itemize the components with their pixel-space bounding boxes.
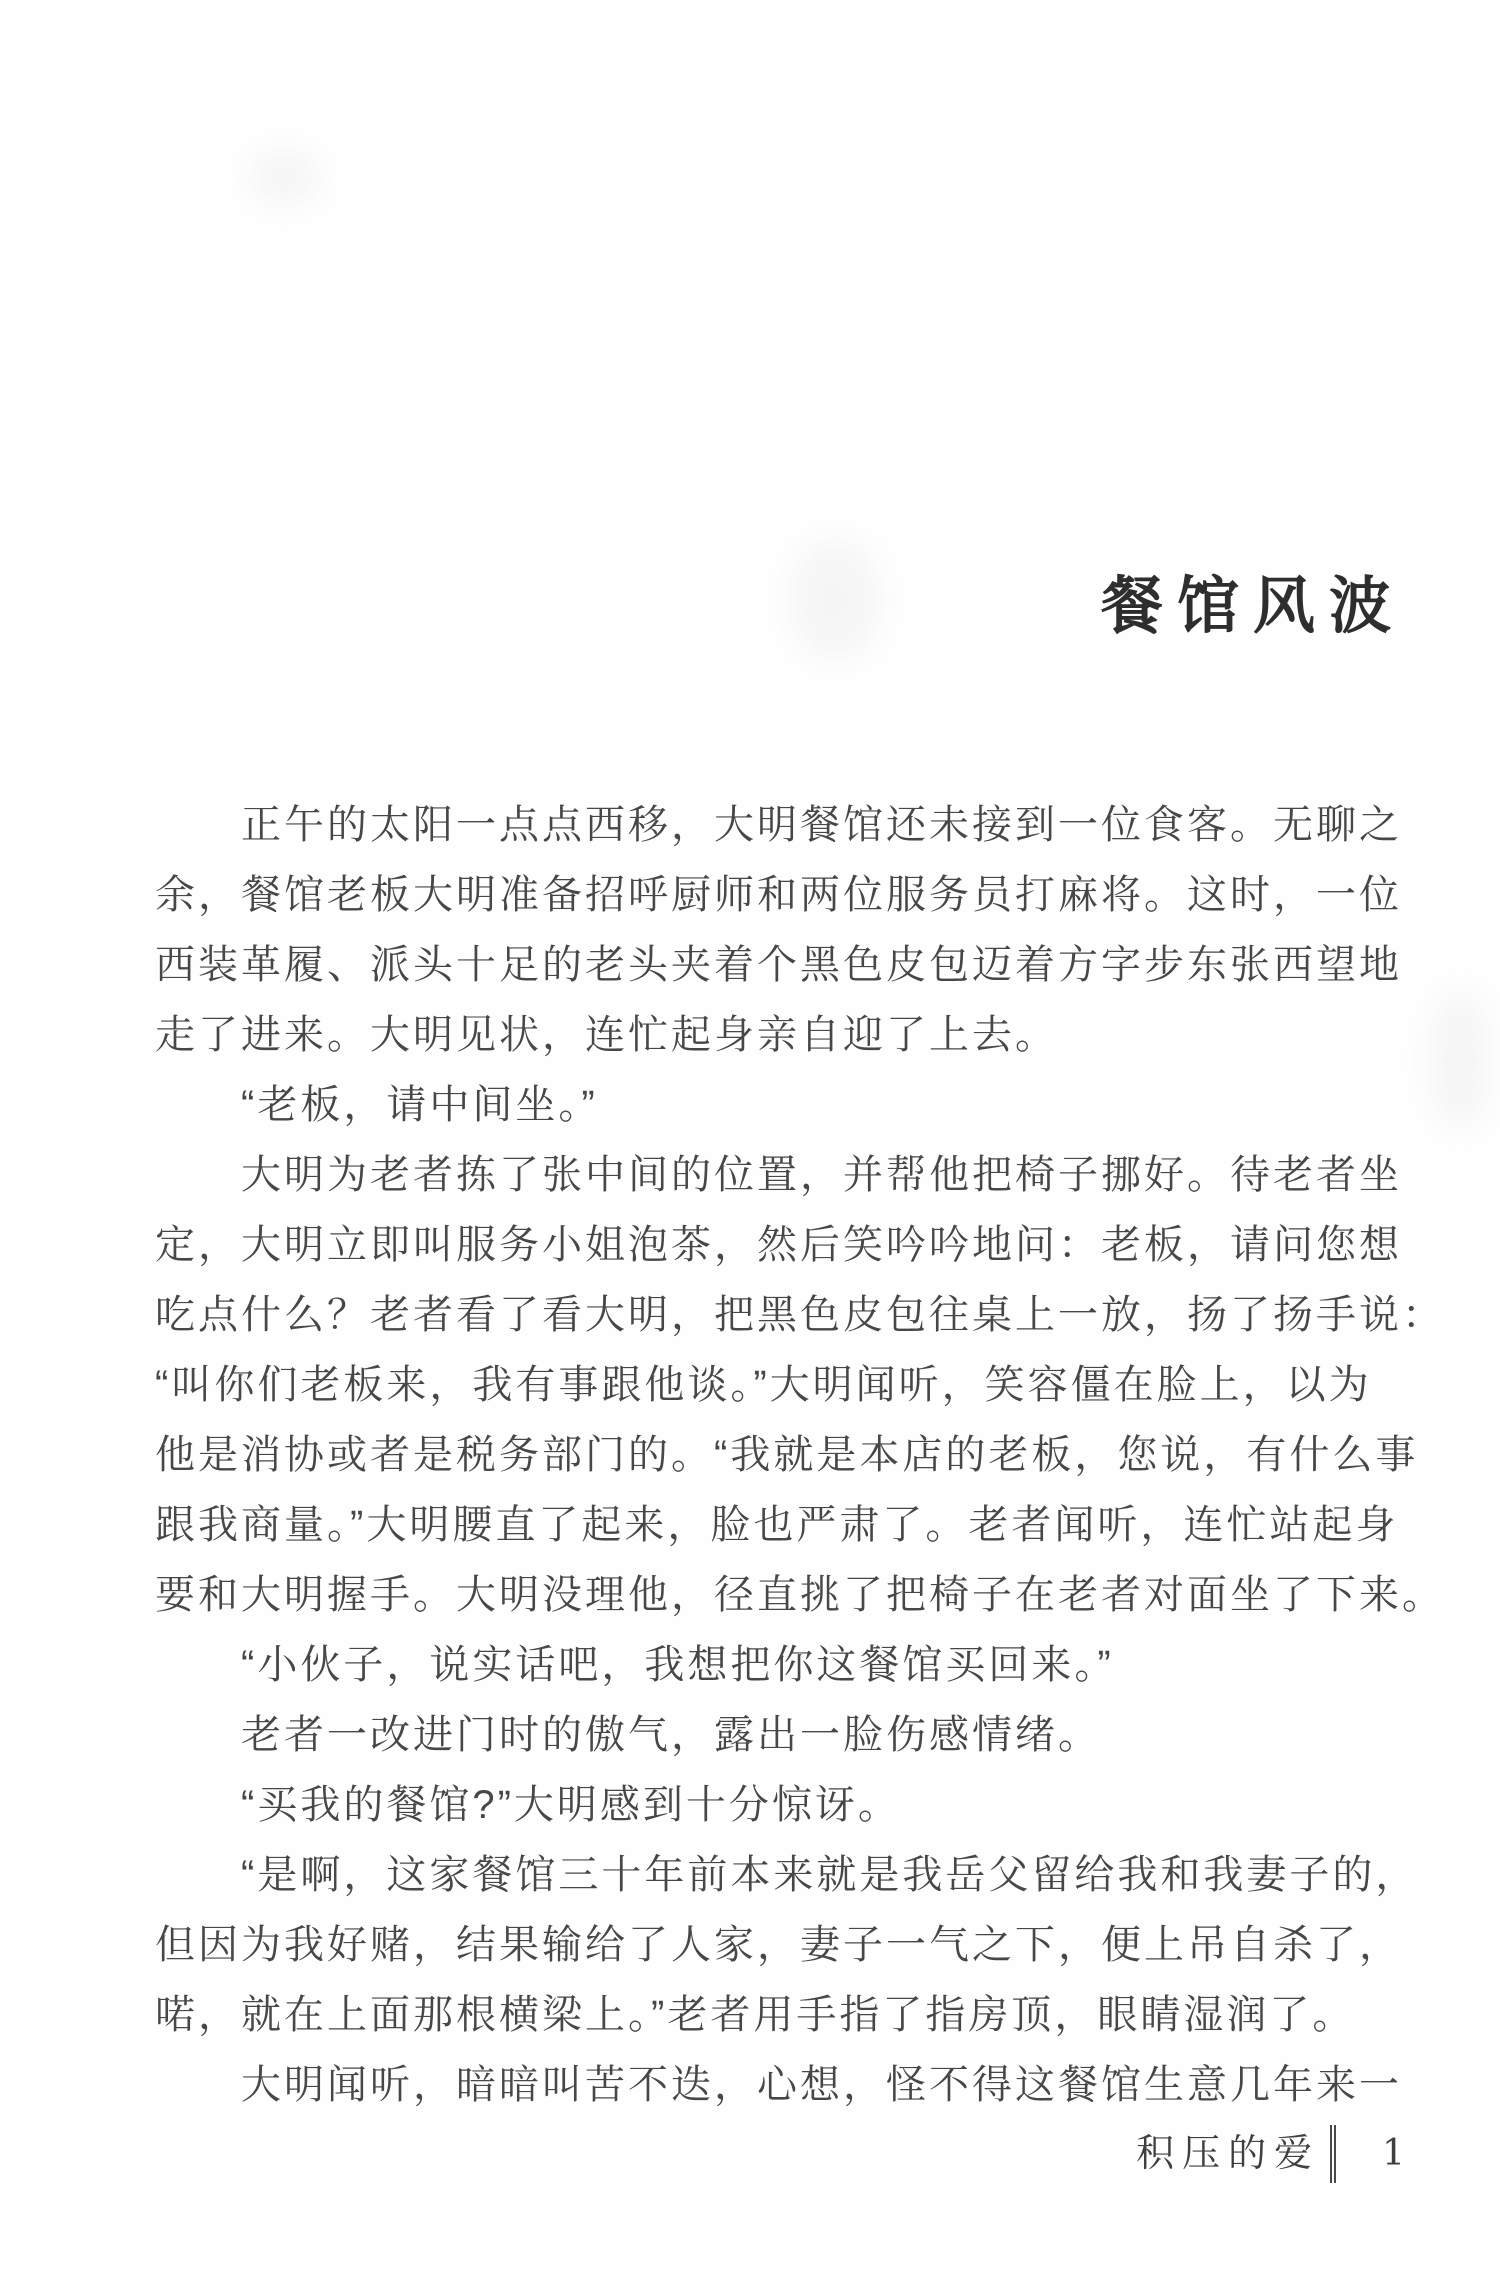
text-line: “是啊，这家餐馆三十年前本来就是我岳父留给我和我妻子的， [155,1840,1445,1910]
text-line: “老板，请中间坐。” [155,1070,1445,1140]
text-line: 大明为老者拣了张中间的位置，并帮他把椅子挪好。待老者坐 [155,1140,1445,1210]
text-line: 正午的太阳一点点西移，大明餐馆还未接到一位食客。无聊之 [155,790,1445,860]
scanned-book-page: 餐馆风波 正午的太阳一点点西移，大明餐馆还未接到一位食客。无聊之 余，餐馆老板大… [0,0,1500,2281]
text-line: 余，餐馆老板大明准备招呼厨师和两位服务员打麻将。这时，一位 [155,860,1445,930]
story-title: 餐馆风波 [1101,556,1405,645]
text-line: “叫你们老板来，我有事跟他谈。”大明闻听，笑容僵在脸上，以为 [155,1350,1445,1420]
text-line: 大明闻听，暗暗叫苦不迭，心想，怪不得这餐馆生意几年来一 [155,2050,1445,2120]
running-footer: 积压的爱 1 [1136,2124,1405,2184]
text-line: 老者一改进门时的傲气，露出一脸伤感情绪。 [155,1700,1445,1770]
page-number: 1 [1382,2124,1405,2184]
text-line: 要和大明握手。大明没理他，径直挑了把椅子在老者对面坐了下来。 [155,1560,1445,1630]
text-line: 他是消协或者是税务部门的。“我就是本店的老板，您说，有什么事 [155,1420,1445,1490]
scan-smudge [790,540,880,660]
text-line: 跟我商量。”大明腰直了起来，脸也严肃了。老者闻听，连忙站起身 [155,1490,1445,1560]
text-line: 定，大明立即叫服务小姐泡茶，然后笑吟吟地问：老板，请问您想 [155,1210,1445,1280]
text-line: 但因为我好赌，结果输给了人家，妻子一气之下，便上吊自杀了， [155,1910,1445,1980]
story-body: 正午的太阳一点点西移，大明餐馆还未接到一位食客。无聊之 余，餐馆老板大明准备招呼… [155,790,1445,2120]
text-line: “买我的餐馆?”大明感到十分惊讶。 [155,1770,1445,1840]
text-line: 走了进来。大明见状，连忙起身亲自迎了上去。 [155,1000,1445,1070]
footer-book-title: 积压的爱 [1136,2124,1320,2184]
scan-smudge [250,150,320,205]
text-line: “小伙子，说实话吧，我想把你这餐馆买回来。” [155,1630,1445,1700]
text-line: 吃点什么？老者看了看大明，把黑色皮包往桌上一放，扬了扬手说： [155,1280,1445,1350]
text-line: 西装革履、派头十足的老头夹着个黑色皮包迈着方字步东张西望地 [155,930,1445,1000]
text-line: 喏，就在上面那根横梁上。”老者用手指了指房顶，眼睛湿润了。 [155,1980,1445,2050]
footer-divider-rule [1330,2125,1336,2183]
